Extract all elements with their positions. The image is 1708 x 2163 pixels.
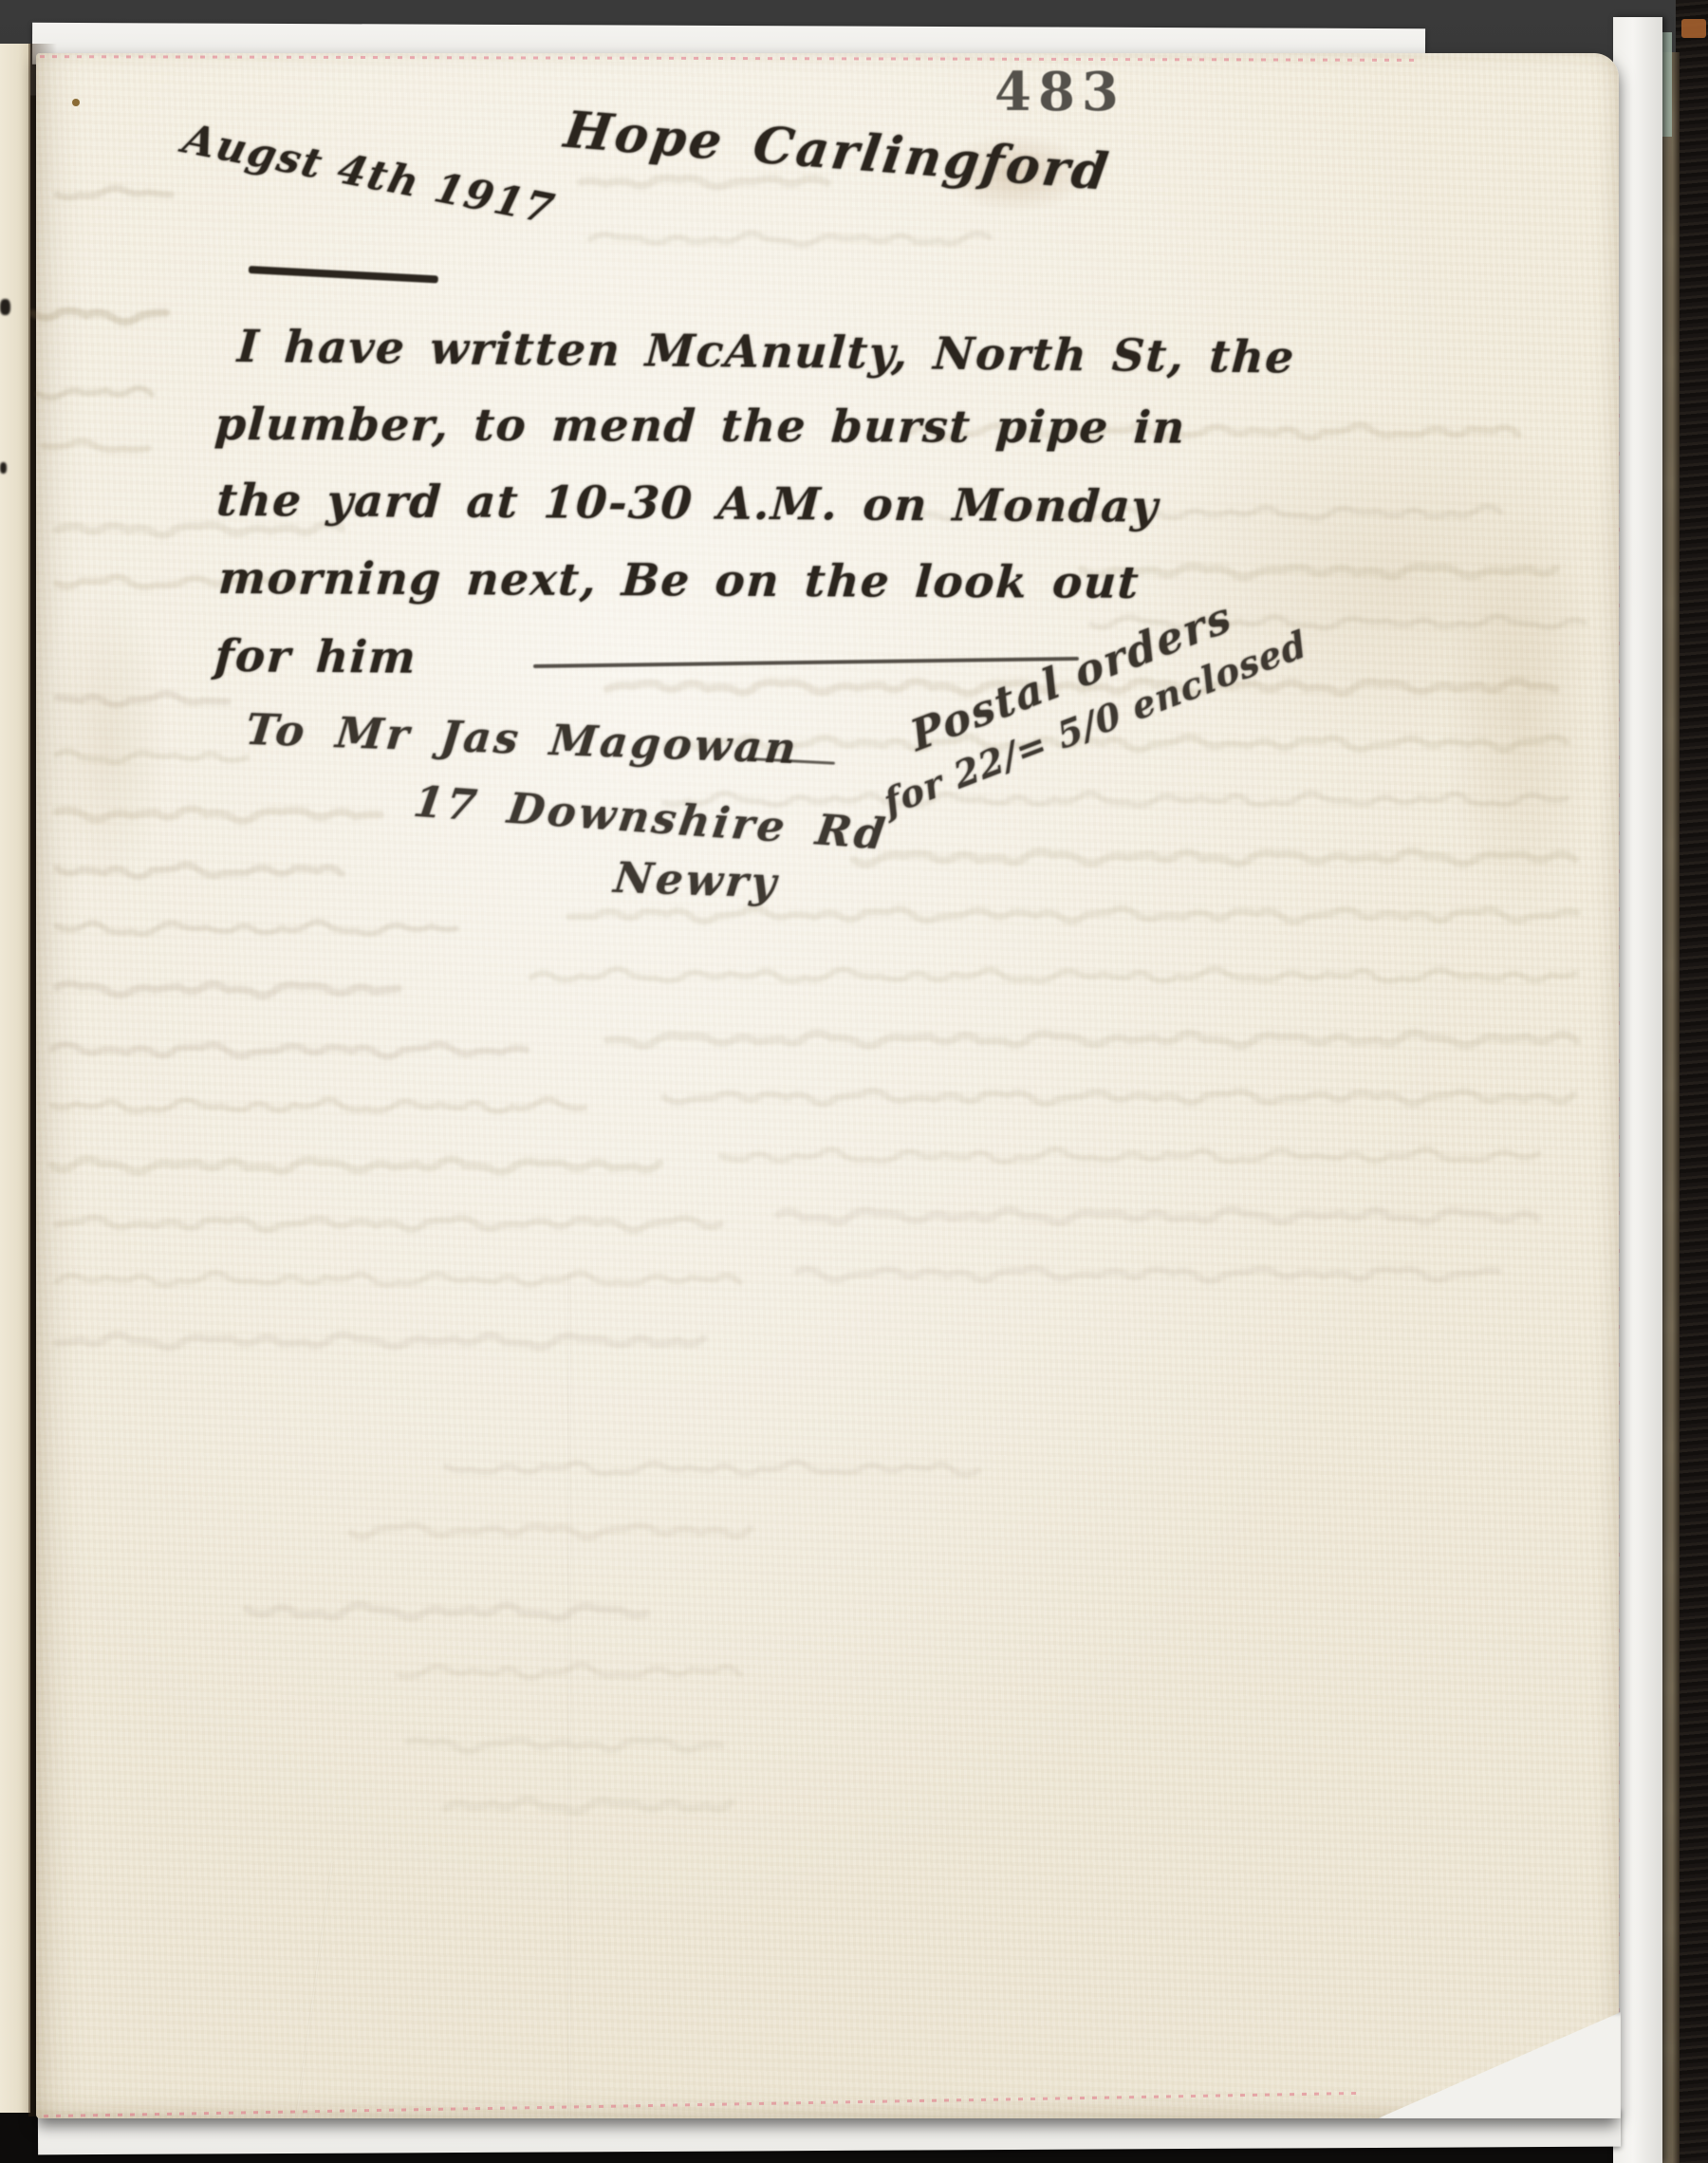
previous-page-edge: [0, 44, 30, 2113]
body-line: the yard at 10-30 A.M. on Monday: [215, 475, 1160, 533]
body-line: plumber, to mend the burst pipe in: [213, 399, 1187, 455]
cover-corner-speck: [1681, 19, 1706, 38]
foxing-stain: [46, 588, 169, 892]
address-line: Newry: [611, 852, 781, 908]
body-line: I have written McAnulty, North St, the: [236, 321, 1297, 384]
scanned-letterbook-spread: 483 Augst 4th 1917 Hope Carlingford I ha…: [0, 0, 1708, 2163]
body-line: morning next, Be on the look out: [217, 552, 1142, 609]
tissue-interleaf-right: [1613, 17, 1662, 2163]
page-number: 483: [994, 61, 1125, 123]
ink-speck: [0, 299, 10, 315]
paper-crease: [567, 1272, 571, 2116]
brown-speck: [72, 99, 80, 106]
ink-speck: [0, 462, 7, 474]
book-cover-edge: [1676, 0, 1708, 2163]
foxing-stain: [1442, 513, 1604, 921]
body-line: for him: [213, 630, 418, 684]
